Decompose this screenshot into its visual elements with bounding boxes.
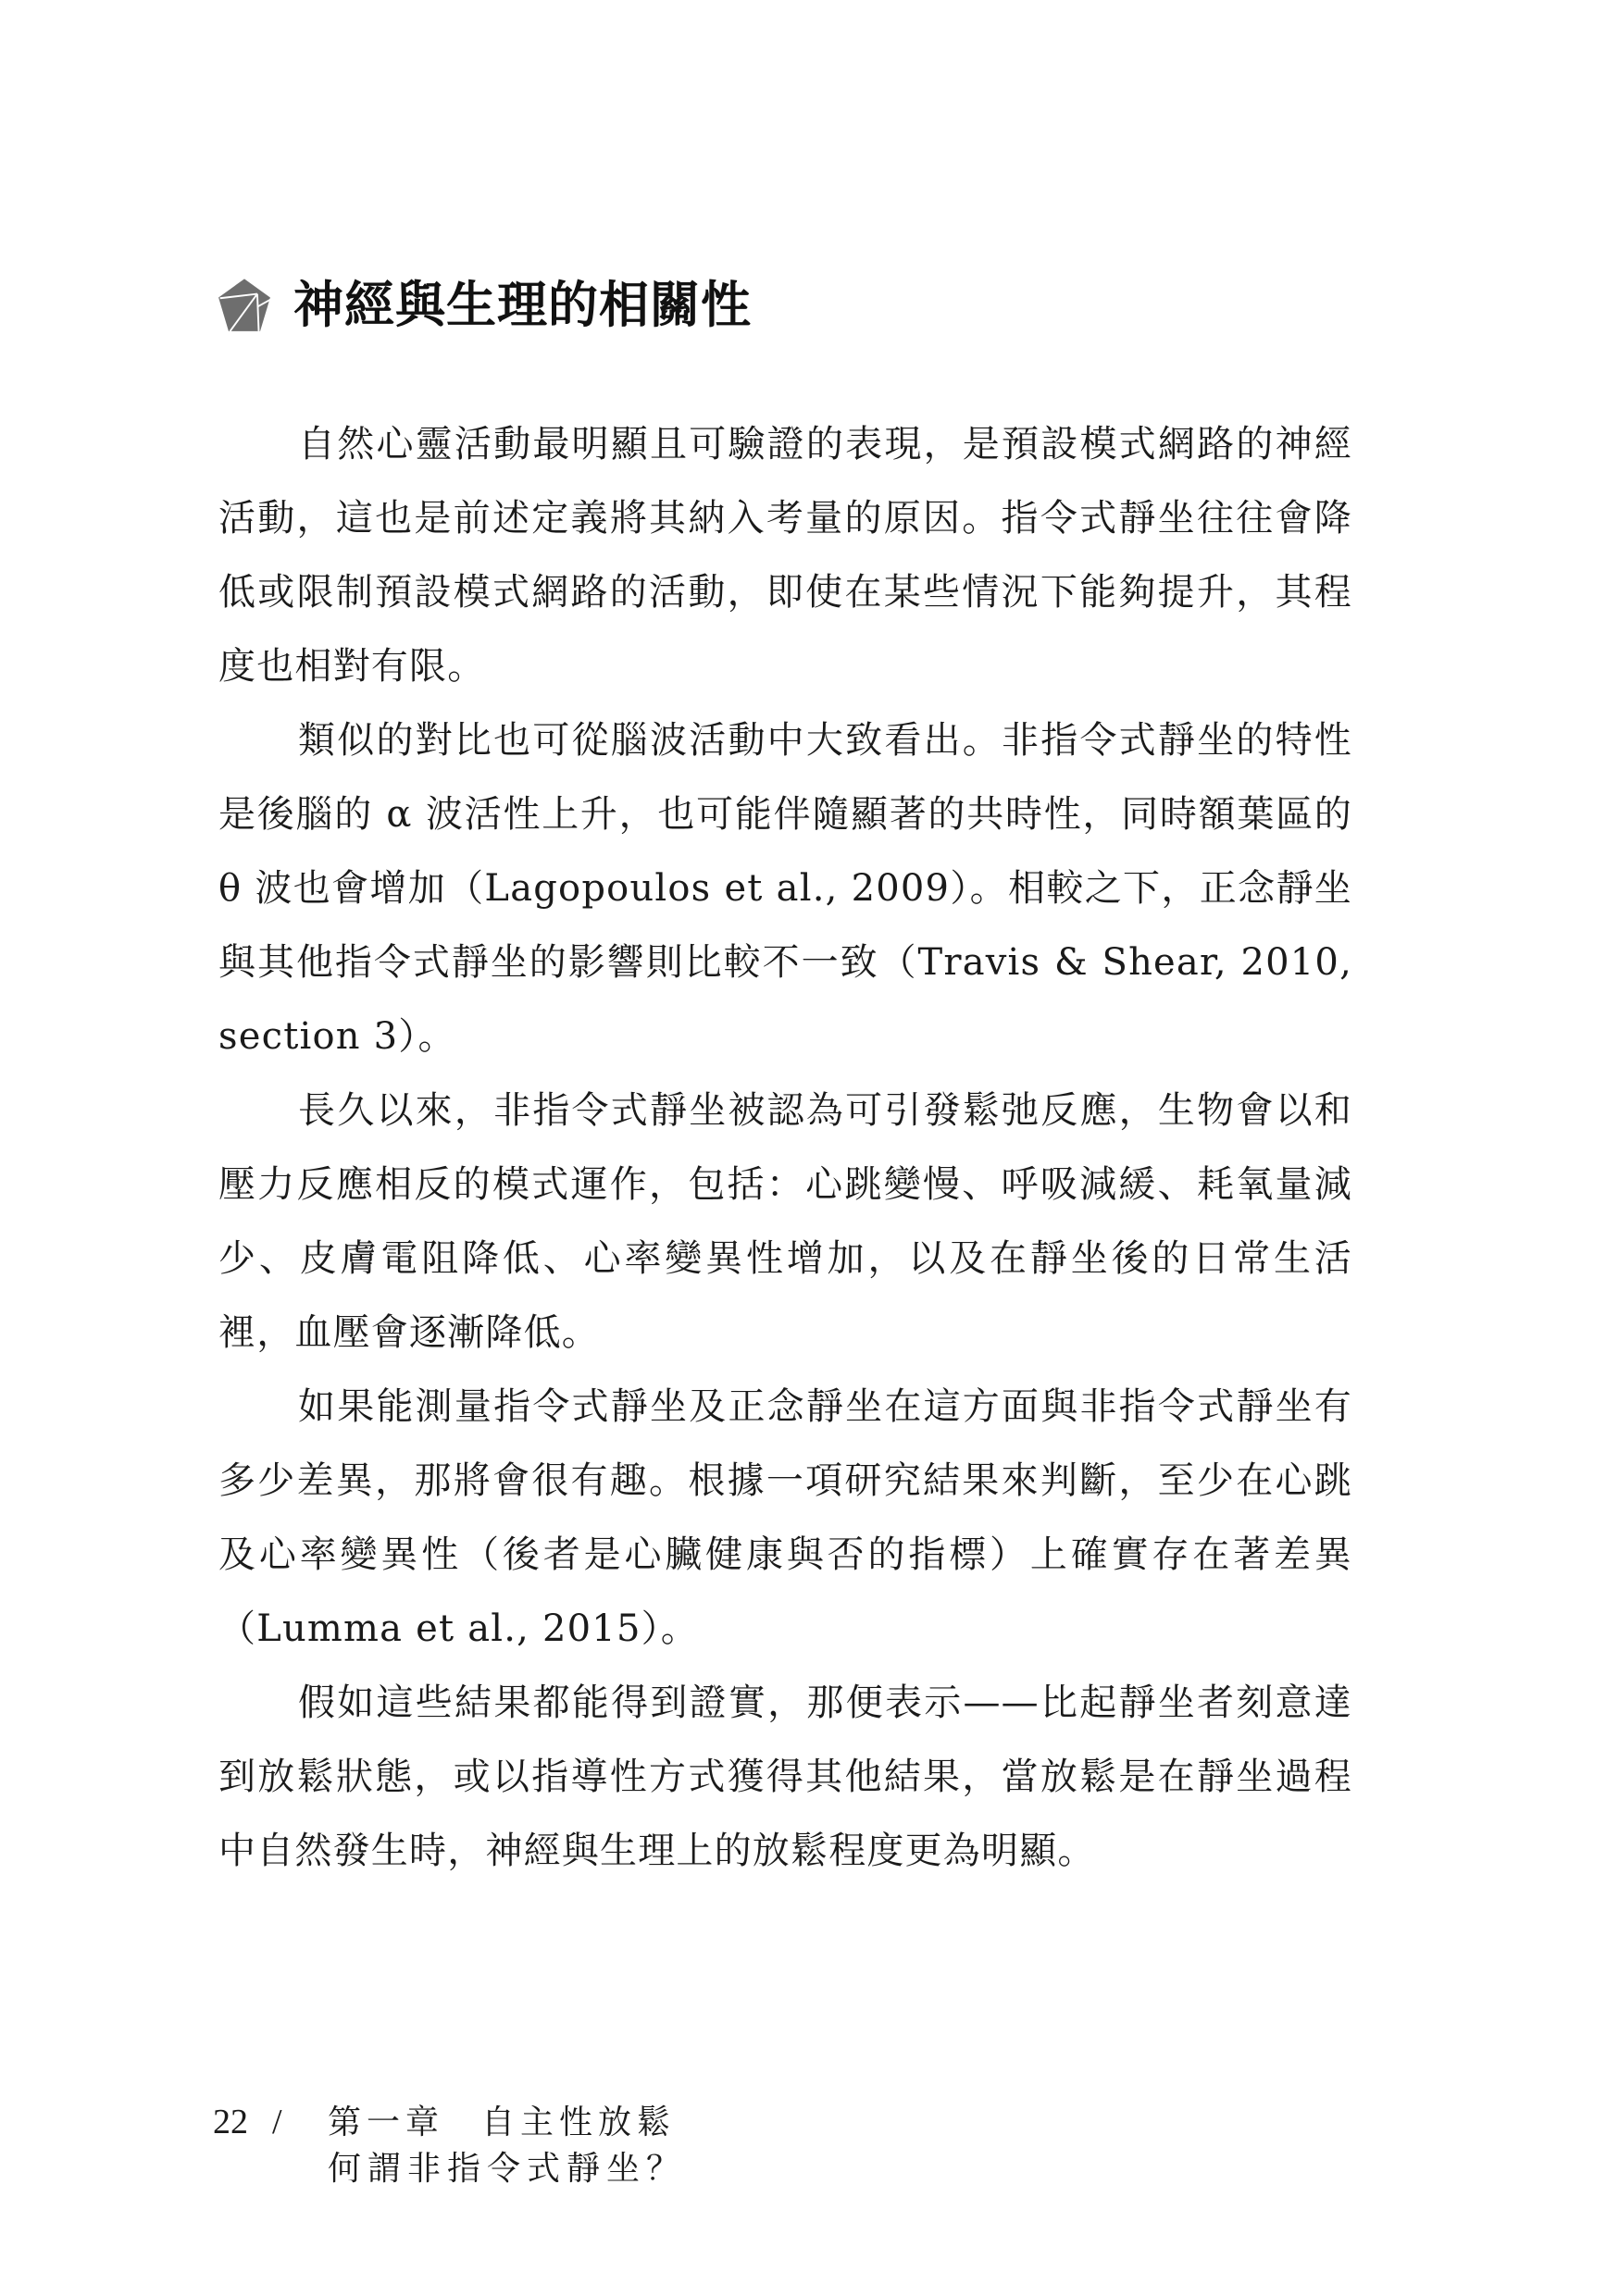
paragraph: 類似的對比也可從腦波活動中大致看出。非指令式靜坐的特性是後腦的 α 波活性上升，…: [218, 703, 1352, 1074]
section-subtitle: 何謂非指令式靜坐？: [213, 2146, 686, 2192]
page-separator: /: [267, 2099, 328, 2145]
section-title: 神經與生理的相關性: [293, 280, 752, 330]
paragraph: 如果能測量指令式靜坐及正念靜坐在這方面與非指令式靜坐有多少差異，那將會很有趣。根…: [218, 1370, 1352, 1666]
paragraph: 假如這些結果都能得到證實，那便表示——比起靜坐者刻意達到放鬆狀態，或以指導性方式…: [218, 1666, 1352, 1888]
pentagon-gem-icon: [216, 277, 273, 334]
chapter-title: 自主性放鬆: [481, 2100, 676, 2146]
body-text: 自然心靈活動最明顯且可驗證的表現，是預設模式網路的神經活動，這也是前述定義將其納…: [218, 407, 1352, 1888]
page-number: 22: [213, 2099, 267, 2145]
page-footer: 22 / 第一章 自主性放鬆 何謂非指令式靜坐？: [213, 2099, 686, 2192]
section-heading: 神經與生理的相關性: [216, 268, 752, 342]
chapter-label: 第一章: [328, 2100, 444, 2146]
paragraph: 長久以來，非指令式靜坐被認為可引發鬆弛反應，生物會以和壓力反應相反的模式運作，包…: [218, 1074, 1352, 1370]
paragraph: 自然心靈活動最明顯且可驗證的表現，是預設模式網路的神經活動，這也是前述定義將其納…: [218, 407, 1352, 703]
footer-chapter-row: 22 / 第一章 自主性放鬆: [213, 2099, 686, 2146]
